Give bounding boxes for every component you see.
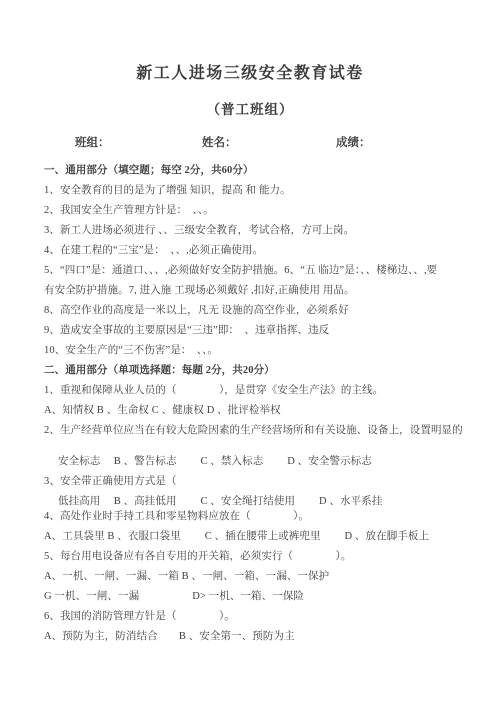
sec2-q6: 6、我国的消防管理方针是（ ）。 (44, 610, 494, 624)
sec1-q4: 4、在建工程的“三宝”是： 、、,必须正确使用。 (44, 244, 494, 258)
sec1-q8: 8、高空作业的高度是一米以上，凡无 设施的高空作业，必须系好 (44, 304, 494, 318)
sec1-q7-continuation: 有安全防护措施。7, 进入施 工现场必须戴好 ,扣好,正确使用 用品。 (44, 284, 494, 298)
sec2-q4: 4、高处作业时手持工具和零星物料应放在（ ）。 (44, 510, 494, 524)
sec2-q2-options: 安全标志 B 、警告标志 C 、禁入标志 D 、安全警示标志 (44, 455, 494, 469)
score-field-label: 成绩： (336, 134, 371, 150)
section2-heading: 二、通用部分（单项选择题：每题 2分，共20分） (44, 364, 494, 378)
sec2-q5-options-cd: G 一机、一闸、一漏 D> 一机、一箱、一保险 (44, 590, 494, 604)
sec1-q3: 3、新工人进场必须进行 、、三级安全教育，考试合格，方可上岗。 (44, 224, 494, 238)
page-title: 新工人进场三级安全教育试卷 (0, 0, 500, 83)
header-fields-row: 班组： 姓名： 成绩： (0, 134, 500, 149)
section1-heading: 一、通用部分（填空题；每空 2分，共60分） (44, 164, 494, 178)
sec1-q10: 10、安全生产的“三不伤害”是： 、、。 (44, 344, 494, 358)
sec2-q5-options-ab: A、一机、一闸、一漏、一箱 B 、一闸、一箱、一漏、一保护 (44, 570, 494, 584)
sec2-q6-options: A、预防为主，防消结合 B 、安全第一、预防为主 (44, 630, 494, 644)
sec1-q1: 1、安全教育的目的是为了增强 知识，提高 和 能力。 (44, 184, 494, 198)
page-subtitle: （普工班组） (0, 98, 500, 118)
sec1-q2: 2、我国安全生产管理方针是： 、、。 (44, 204, 494, 218)
sec2-q3: 3、安全带正确使用方式是（ (44, 475, 494, 489)
exam-body: 一、通用部分（填空题；每空 2分，共60分） 1、安全教育的目的是为了增强 知识… (0, 149, 500, 644)
sec1-q5-q6: 5、“四口”是：通道口、、、,必须做好安全防护措施。6、“五 临边”是：、、楼梯… (44, 264, 494, 278)
exam-paper-page: 新工人进场三级安全教育试卷 （普工班组） 班组： 姓名： 成绩： 一、通用部分（… (0, 0, 500, 708)
sec1-q9: 9、造成安全事故的主要原因是“三违”即： 、违章指挥、违反 (44, 324, 494, 338)
sec2-q3-options: 低挂高用 B 、高挂低用 C 、安全绳打结使用 D 、水平系挂 (44, 495, 494, 509)
name-field-label: 姓名： (202, 134, 237, 150)
sec2-q2: 2、生产经营单位应当在有较大危险因素的生产经营场所和有关设施、设备上，设置明显的 (44, 424, 494, 438)
sec2-q4-options: A、工具袋里 B 、衣服口袋里 C 、插在腰带上或裤兜里 D 、放在脚手板上 (44, 530, 494, 544)
sec2-q1: 1、重视和保障从业人员的（ ），是贯穿《安全生产法》的主线。 (44, 384, 494, 398)
team-field-label: 班组： (75, 134, 110, 150)
sec2-q1-options: A、知情权 B 、生命权 C 、健康权 D 、批评检举权 (44, 404, 494, 418)
sec2-q5: 5、每台用电设备应有各自专用的开关箱，必须实行（ ）。 (44, 550, 494, 564)
